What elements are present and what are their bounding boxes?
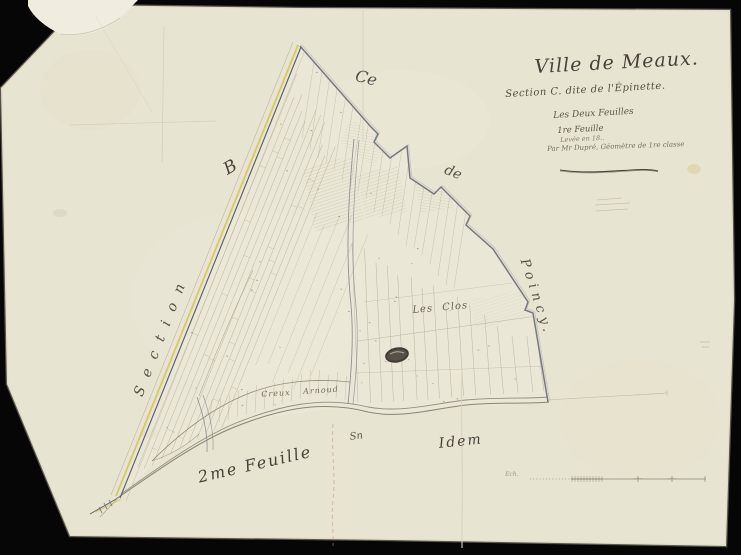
yellow-stain: [687, 164, 701, 174]
map-scan: Ville de Meaux. Section C. dite de l'Épi…: [0, 0, 741, 555]
map-artwork: [0, 0, 741, 555]
